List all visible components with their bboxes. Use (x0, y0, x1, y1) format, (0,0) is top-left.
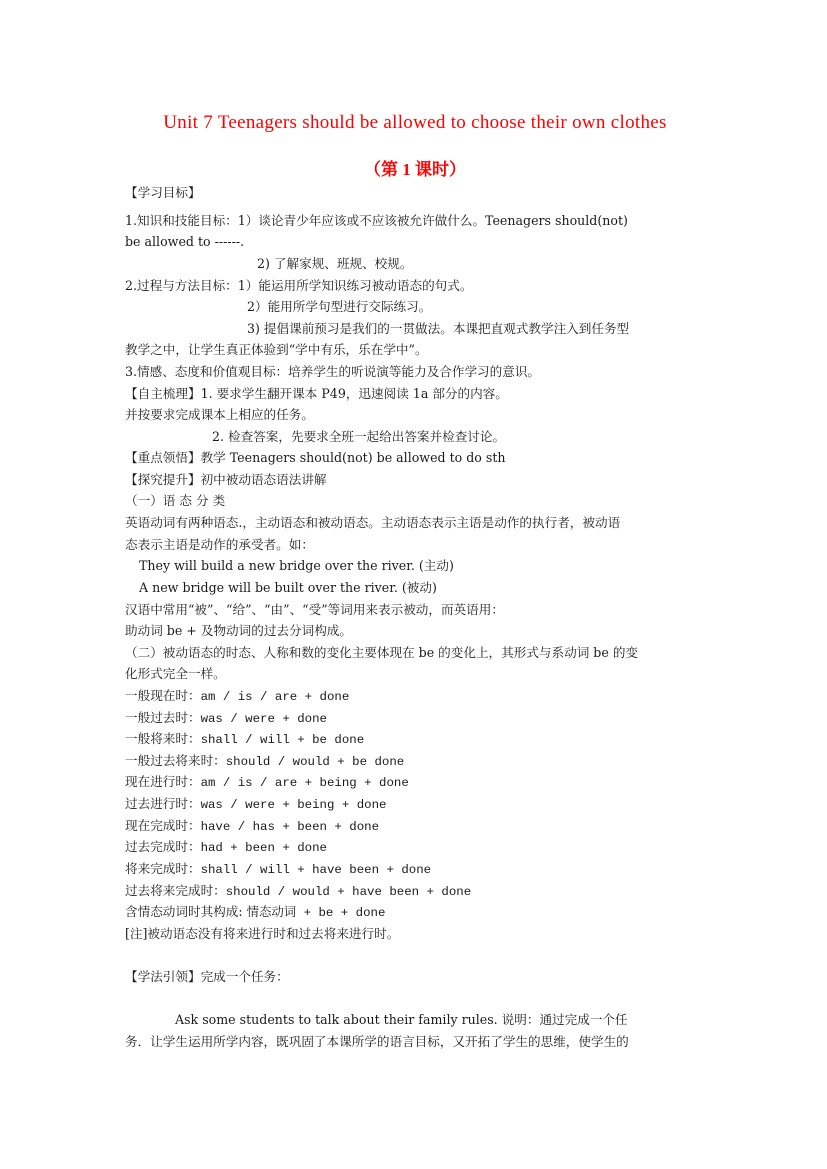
document-subtitle: （第 1 课时） (125, 155, 705, 180)
text-line: 【自主梳理】1. 要求学生翻开课本 P49，迅速阅读 1a 部分的内容。 (125, 386, 508, 402)
text-line: 2) 了解家规、班规、校规。 (257, 256, 412, 272)
tense-label: 将来完成时： (125, 861, 201, 876)
tense-row: 一般过去将来时：should / would + be done (125, 753, 404, 770)
tense-form: should / would + have been + done (226, 885, 471, 899)
text-line: 汉语中常用“被”、“给”、“由”、“受”等词用来表示被动，而英语用： (125, 602, 504, 618)
tense-row: 含情态动词时其构成: 情态动词 + be + done (125, 904, 385, 921)
text-line: 【学习目标】 (125, 185, 201, 201)
text-line: 并按要求完成课本上相应的任务。 (125, 407, 314, 423)
text-line: 英语动词有两种语态.，主动语态和被动语态。主动语态表示主语是动作的执行者，被动语 (125, 515, 620, 531)
tense-form: shall / will + be done (201, 733, 365, 747)
document-title: Unit 7 Teenagers should be allowed to ch… (125, 112, 705, 134)
text-line: A new bridge will be built over the rive… (139, 580, 437, 596)
task-line: Ask some students to talk about their fa… (175, 1012, 628, 1028)
text-line: 3.情感、态度和价值观目标：培养学生的听说演等能力及合作学习的意识。 (125, 364, 540, 380)
text-line: （一）语 态 分 类 (125, 493, 225, 509)
tense-row: 过去完成时：had + been + done (125, 839, 327, 856)
text-line: 教学之中，让学生真正体验到“学中有乐，乐在学中”。 (125, 342, 428, 358)
tense-row: 现在进行时：am / is / are + being + done (125, 774, 409, 791)
text-line: 2.过程与方法目标：1）能运用所学知识练习被动语态的句式。 (125, 278, 472, 294)
text-line: 【探究提升】初中被动语态语法讲解 (125, 472, 327, 488)
tense-form: had + been + done (201, 841, 327, 855)
text-line: 2）能用所学句型进行交际练习。 (247, 299, 431, 315)
tense-row: 现在完成时：have / has + been + done (125, 818, 379, 835)
text-line: They will build a new bridge over the ri… (139, 558, 454, 574)
tense-form: am / is / are + done (201, 690, 350, 704)
text-line: （二）被动语态的时态、人称和数的变化主要体现在 be 的变化上，其形式与系动词 … (125, 645, 638, 661)
text-line: be allowed to ------. (125, 234, 244, 250)
tense-label: 过去将来完成时： (125, 883, 226, 898)
tense-label: 过去进行时： (125, 796, 201, 811)
text-line: 2. 检查答案，先要求全班一起给出答案并检查讨论。 (212, 429, 505, 445)
tense-label: 含情态动词时其构成: (125, 904, 247, 919)
task-line: 务．让学生运用所学内容，既巩固了本课所学的语言目标，又开拓了学生的思维，使学生的 (125, 1034, 629, 1050)
method-heading: 【学法引领】完成一个任务： (125, 969, 289, 985)
tense-label: 一般现在时： (125, 688, 201, 703)
tense-form: shall / will + have been + done (201, 863, 432, 877)
text-line: 态表示主语是动作的承受者。如： (125, 537, 314, 553)
tense-form: have / has + been + done (201, 820, 379, 834)
tense-form: am / is / are + being + done (201, 776, 409, 790)
tense-label: 一般过去时： (125, 710, 201, 725)
text-line: 化形式完全一样。 (125, 666, 226, 682)
tense-row: 一般过去时：was / were + done (125, 710, 327, 727)
tense-label: 现在进行时： (125, 774, 201, 789)
tense-row: 一般现在时：am / is / are + done (125, 688, 349, 705)
note-line: [注]被动语态没有将来进行时和过去将来进行时。 (125, 926, 399, 942)
tense-form: 情态动词 + be + done (247, 906, 386, 920)
tense-label: 一般过去将来时： (125, 753, 226, 768)
tense-row: 过去将来完成时：should / would + have been + don… (125, 883, 471, 900)
tense-form: should / would + be done (226, 755, 404, 769)
tense-row: 一般将来时：shall / will + be done (125, 731, 364, 748)
text-line: 助动词 be + 及物动词的过去分词构成。 (125, 623, 352, 639)
tense-form: was / were + being + done (201, 798, 387, 812)
tense-row: 将来完成时：shall / will + have been + done (125, 861, 431, 878)
tense-form: was / were + done (201, 712, 327, 726)
tense-label: 一般将来时： (125, 731, 201, 746)
text-line: 【重点领悟】教学 Teenagers should(not) be allowe… (125, 450, 506, 466)
tense-label: 现在完成时： (125, 818, 201, 833)
text-line: 3) 提倡课前预习是我们的一贯做法。本课把直观式教学注入到任务型 (247, 321, 629, 337)
tense-label: 过去完成时： (125, 839, 201, 854)
tense-row: 过去进行时：was / were + being + done (125, 796, 386, 813)
text-line: 1.知识和技能目标：1）谈论青少年应该或不应该被允许做什么。Teenagers … (125, 213, 628, 229)
